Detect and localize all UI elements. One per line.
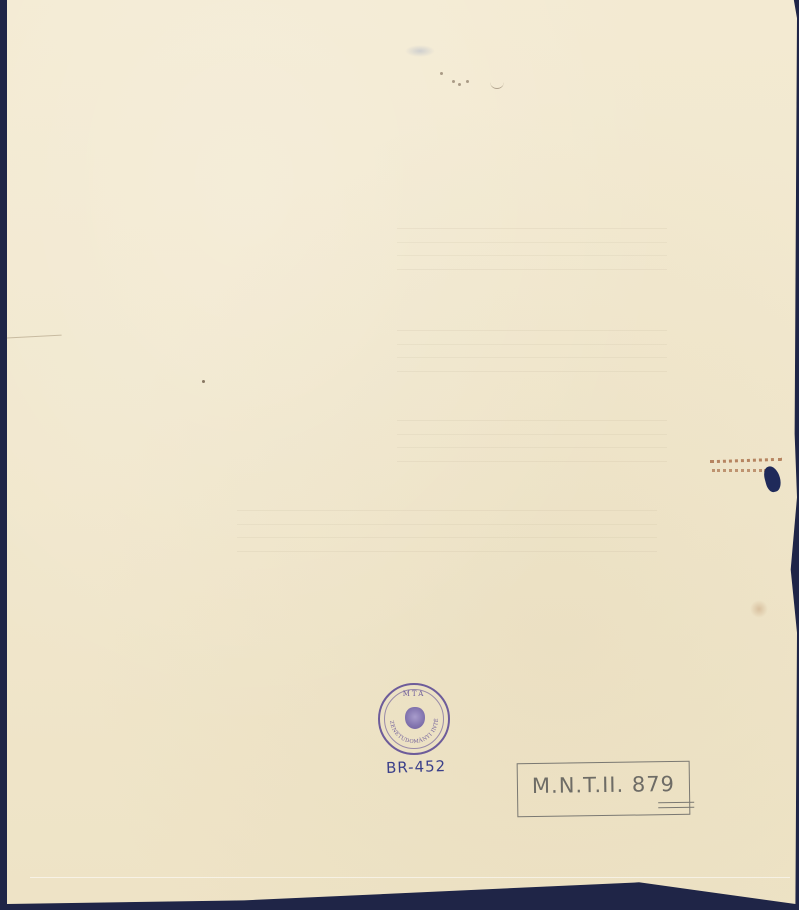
foxing-spot: [750, 600, 768, 618]
bleed-through-staff: [397, 330, 667, 372]
ink-smudge: [405, 45, 435, 57]
paper-crease: [7, 335, 63, 353]
call-number-underline: [658, 802, 694, 809]
paper-fold-line: [30, 877, 790, 878]
call-number: M.N.T.II. 879: [532, 772, 675, 798]
bleed-through-staff: [397, 228, 667, 270]
bleed-through-staff: [397, 420, 667, 462]
ink-specks: [440, 70, 520, 90]
ink-speck: [202, 380, 205, 383]
coat-of-arms-icon: [405, 707, 425, 729]
shelf-code: BR-452: [386, 757, 447, 777]
library-stamp: MTA ZENETUDOMÁNYI INTÉZET: [378, 683, 450, 755]
call-number-box: M.N.T.II. 879: [517, 761, 691, 817]
bleed-through-staff: [237, 510, 657, 552]
